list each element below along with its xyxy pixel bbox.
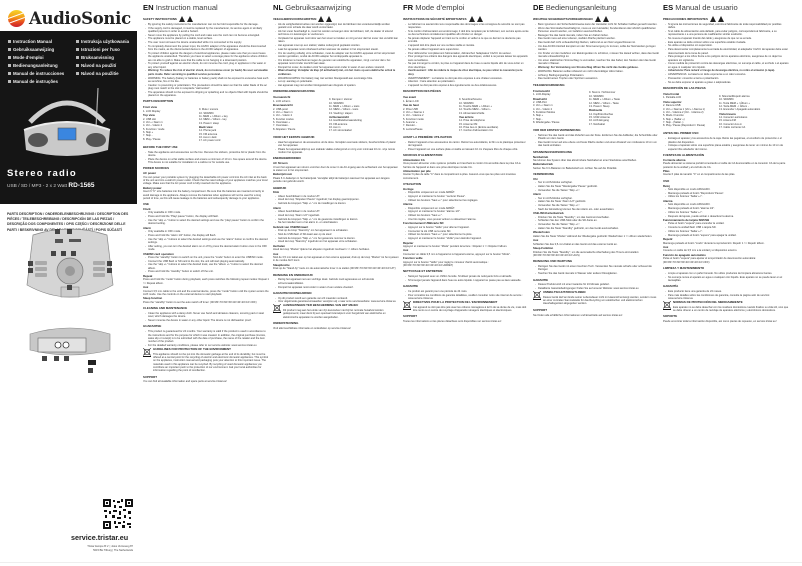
language-label: Gebruiksaanwijzing (13, 47, 54, 52)
support-text: Puede encontrar toda la información disp… (663, 320, 789, 323)
bullet-icon (76, 72, 79, 75)
warning-triangle-icon (187, 16, 193, 22)
back-view-list: 14. Kopfhörerbuchse15. UKW-Antenne16. AU… (589, 113, 649, 126)
warning-triangle-icon (318, 16, 324, 22)
brand-name: AudioSonic (29, 9, 131, 28)
list-item: Le fabricant ne saurait être tenu respon… (406, 23, 529, 30)
environment-section: GUIDELINES FOR PROTECTION OF THE ENVIRON… (143, 348, 269, 373)
list-item: Nehmen Sie das Gerät und das Zubehör aus… (536, 134, 659, 141)
qr-code[interactable] (103, 499, 133, 529)
support-heading: ONDERSTEUNING (273, 322, 399, 325)
environment-text: Este aparato no se debe desechar con los… (673, 306, 789, 313)
list-item: Extraiga el aparato y los accesorios de … (666, 137, 789, 144)
list-item: No sumerja nunca el aparato en agua o cu… (666, 276, 789, 283)
part-item: 8. Play / Pause (Reproducir / Pausa) (663, 124, 719, 127)
language-item: Návod na použitie (76, 71, 142, 76)
list-item: Houd de knop "Stand-by" ingedrukt om het… (276, 240, 399, 243)
repeat-text: Halten Sie die Taste "Modus" während der… (533, 235, 659, 238)
safety-list: Si ignora las instrucciones de seguridad… (663, 23, 789, 84)
ac-power-text: Puede alimentar su sistema portátil cone… (663, 162, 789, 169)
repeat-text: Houd de knop "Modus" tijdens het afspele… (273, 248, 399, 251)
column-title: ES Manual de usuario (663, 3, 789, 13)
list-item: Haal het apparaat en de accessoires uit … (276, 141, 399, 148)
support-text: You can find all available information a… (143, 380, 269, 383)
address-line: 5015 BH Tilburg | The Netherlands (70, 549, 133, 553)
service-url[interactable]: service.tristar.eu (71, 533, 128, 542)
environment-heading: DIRECTIVES POUR LA PROTECTION DE L'ENVIR… (413, 301, 529, 304)
bullet-icon (8, 48, 11, 51)
support-text: Toutes les informations et les pièces dé… (403, 320, 529, 323)
top-view-list-2: 9. Mute / snooze10. SD/MMC11. MEM + / Al… (199, 108, 259, 125)
list-item: Warning: To reduce the risk of electric … (146, 69, 269, 76)
crossed-bin-icon (403, 301, 411, 310)
warning-triangle-icon (477, 16, 483, 22)
environment-heading: UMWELTSCHUTZRICHTLINIEN (543, 291, 659, 294)
list-item: Para desconectar completamente la entrad… (666, 48, 789, 55)
list-item: Después del ajuste, puede activar o desa… (666, 215, 789, 218)
power-sources-heading: ENERGIEBRONNEN (273, 157, 399, 160)
cleaning-heading: CLEANING AND MAINTENANCE (143, 307, 269, 310)
part-item: 8. Wiedergabe / Pause (533, 121, 589, 124)
language-label: Istruzioni per l'uso (81, 47, 120, 52)
bullet-icon (8, 40, 11, 43)
guarantee-heading: GUARANTEE (143, 325, 269, 328)
page-bottom-divider (0, 562, 802, 563)
language-item: Manual de instrucciones (8, 71, 74, 76)
top-view-list-2: 9. Stumm / Schlummer10. SD/MMC11. MEM + … (589, 91, 649, 108)
aux-text: Sluit de 3,5 mm kabel aan op het apparaa… (273, 256, 399, 263)
list-item: Press and hold the "standby" button to s… (146, 270, 269, 273)
support-heading: SUPPORT (533, 309, 659, 312)
bullet-icon (76, 64, 79, 67)
top-view-list-2: 9. Silenciar/Repetir alarma10. SD/MMC11.… (719, 95, 779, 112)
list-item: For the detailed warranty conditions, pl… (146, 344, 269, 347)
language-label: Návod na použitie (81, 71, 119, 76)
parts-grid: Front view 1. LCD Display Top view 2. US… (143, 105, 269, 143)
list-item: N'immergez jamais l'appareil dans l'eau … (406, 279, 529, 282)
environment-section: DIRECTIVES POUR LA PROTECTION DE L'ENVIR… (403, 301, 529, 313)
environment-text: Cet appareil ne doit pas être jeté avec … (413, 306, 529, 313)
guarantee-heading: GARANTÍA (663, 285, 789, 288)
language-label: Instrukcja użytkowania (81, 39, 129, 44)
list-item: Caution: to preventing or polarization. … (146, 84, 269, 91)
crossed-bin-icon (143, 348, 151, 357)
part-item: 17. Cable corriente CA (719, 126, 779, 129)
language-code: DE (533, 3, 544, 12)
top-view-list: 2. Prise USB3. Vol + / Alarme 14. Vol - … (403, 108, 459, 131)
usb-sd-list: Pulse el botón "espera" para encender la… (663, 222, 789, 237)
list-item: Utilice los botones "Saltar +/-". (666, 195, 789, 198)
alarm-list: Nur im AUS-Modus verfügbar.Halten Sie di… (533, 197, 659, 212)
use-heading: UTILISATION (403, 183, 529, 186)
usb-sd-list: Appuyez sur le bouton "Veille" pour allu… (403, 226, 529, 241)
list-item: Use the "skip +/-" button to select the … (146, 219, 269, 226)
language-code: EN (143, 3, 154, 12)
list-item: Para más detalles sobre las condiciones … (666, 294, 789, 301)
environment-text: This appliance should not be put into th… (153, 353, 269, 373)
cleaning-heading: LIMPIEZA Y MANTENIMIENTO (663, 267, 789, 270)
safety-heading: SAFETY INSTRUCTIONS (143, 18, 177, 21)
column-fr: FR Mode d'emploi INSTRUCTIONS DE SÉCURIT… (403, 3, 529, 324)
list-item: Das Gerät keinen Tropfen oder Spritzern … (536, 77, 659, 80)
list-item: Ne jamais déplacer l'appareil en tirant … (406, 37, 529, 44)
sleep-text: Pulse el botón "espera" para ajustar el … (663, 257, 789, 264)
safety-list: Le fabricant ne saurait être tenu respon… (403, 23, 529, 87)
language-code: ES (663, 3, 673, 12)
environment-section: NORMAS DE PROTECCIÓN DEL MEDIOAMBIENTE E… (663, 301, 789, 313)
product-subtitle: USB / SD / MP3 - 2 x 2 Watt RD-1565 (7, 182, 94, 189)
list-item: This product is guaranteed for 24 months… (146, 330, 269, 343)
column-es: ES Manual de usuario PRECAUCIONES IMPORT… (663, 3, 789, 324)
product-title: Stereo radio (7, 168, 77, 179)
list-item: Waarschuwing: Verwijder de klep (of acht… (276, 69, 399, 76)
radio-back-view-diagram (28, 326, 112, 376)
environment-heading: AANWIJZINGEN TER BESCHERMING VAN HET MIL… (283, 304, 399, 307)
list-item: Als de veiligheidsinstructies niet worde… (276, 23, 399, 30)
clock-list: Only available in OFF mode.Press and hol… (143, 211, 269, 225)
manual-title: Manual de usuario (675, 3, 737, 12)
before-first-use-list: Haal het apparaat en de accessoires uit … (273, 141, 399, 155)
parts-grid: Vista frontal 1. Pantalla LCD Vista supe… (663, 92, 789, 130)
list-item: Wenn das Stromkabel beschädigt ist, muss… (536, 27, 659, 34)
bullet-icon (8, 64, 11, 67)
cleaning-list: Limpie el aparato con un paño húmedo. No… (663, 272, 789, 282)
list-item: The apparatus should not be exposed to d… (146, 91, 269, 98)
before-first-use-list: Take the appliance and accessories out t… (143, 151, 269, 165)
list-item: L'appareil ne doit pas être exposé à des… (406, 84, 529, 87)
list-item: Um das AC/DC-Netzteil komplett von der S… (536, 45, 659, 52)
list-item: Place the device on a flat stable surfac… (146, 158, 269, 165)
top-view-list-2: 9. Dempen / sluimer10. SD/MMC11. MEM + /… (329, 98, 389, 115)
guarantee-heading: GARANTIE (533, 279, 659, 282)
part-item: 17. Netzkabel (589, 123, 649, 126)
language-label: Bedienungsanleitung (13, 63, 58, 68)
safety-heading: INSTRUCTIONS DE SÉCURITÉ IMPORTANTES (403, 18, 467, 21)
list-item: Pour protéger les enfants des dangers de… (406, 55, 529, 62)
audiosonic-logo-icon (8, 10, 25, 27)
clock-list: Nur im AUS-Modus verfügbar.Halten Sie di… (533, 181, 659, 192)
bullet-icon (8, 80, 11, 83)
battery-power-text: Plaats 6 C-batterijen in het batterijvak… (273, 177, 399, 184)
crossed-bin-icon (663, 301, 671, 310)
list-item: Para proteger a los niños frente a los p… (666, 55, 789, 62)
list-item: Utilisez les boutons "Saut +/-" pour sél… (406, 199, 529, 202)
guarantee-heading: GARANTIEVOORWAARDEN (273, 292, 399, 295)
safety-heading: PRECAUCIONES IMPORTANTES (663, 18, 708, 21)
guarantee-list: Ce produit est garanti pour une période … (403, 290, 529, 300)
manual-title: Instruction manual (156, 3, 218, 12)
clock-list: Alleen beschikbaar in de modus UIT.Houd … (273, 195, 399, 206)
battery-power-text: Inserte 6 pilas de tamaño "C" en el comp… (663, 173, 789, 176)
support-heading: SUPPORT (403, 315, 529, 318)
repeat-text: Appuyez et maintenez le bouton "Mode" pe… (403, 245, 529, 248)
environment-text: Dieses Gerät darf am Ende seiner Lebensd… (543, 296, 659, 306)
power-sources-heading: SPANNUNGSVERSORGUNG (533, 151, 659, 154)
list-item: Reinigen Sie das Gerät mit einem feuchte… (536, 265, 659, 272)
list-item: Het apparaat mag niet worden blootgestel… (276, 84, 399, 87)
list-item: Poser l'appareil sur une surface plate e… (406, 148, 529, 151)
part-item: 8. Afspelen / Pauze (273, 128, 329, 131)
language-item: Instruction Manual (8, 39, 74, 44)
language-item: Manual de instruções (8, 79, 74, 84)
environment-heading: NORMAS DE PROTECCIÓN DEL MEDIOAMBIENTE (673, 301, 789, 304)
list-item: Plaats het apparaat altijd op een stabie… (276, 148, 399, 155)
list-item: Mantenga pulsado el botón "espera" para … (666, 234, 789, 237)
bullet-icon (8, 72, 11, 75)
top-view-list: 2. USB-Port3. Vol + / Alarm 14. Vol - / … (533, 101, 589, 124)
top-view-list: 2. USB-poort3. Vol + / Alarm 14. Vol - /… (273, 108, 329, 131)
guarantee-heading: GARANTIE (403, 285, 529, 288)
part-item: 17. Cordon d'alimentation CA (459, 129, 519, 132)
language-item: Bruksanvisning (76, 55, 142, 60)
list-item: Appuyez et maintenez le bouton "Veille" … (406, 237, 529, 240)
list-item: Si le cordon d'alimentation est endommag… (406, 30, 529, 37)
list-item: Na het instellen kunt u het alarm in- en… (276, 221, 399, 224)
manual-title: Mode d'emploi (415, 3, 464, 12)
language-code: NL (273, 3, 283, 12)
language-label: Návod na použití (81, 63, 116, 68)
support-text: Sie finden alle erhältlichen Information… (533, 314, 659, 317)
column-title: EN Instruction manual (143, 3, 269, 13)
parts-heading: DESCRIPTION DES PIÈCES (403, 90, 529, 93)
power-sources-heading: FUENTES DE ALIMENTACIÓN (663, 154, 789, 157)
safety-heading: VEILIGHEIDSVOORSCHRIFTEN (273, 18, 316, 21)
guarantee-list: This product is guaranteed for 24 months… (143, 330, 269, 347)
language-label: Instruction Manual (13, 39, 52, 44)
environment-text: Dit product mag aan het einde van zijn l… (283, 309, 399, 319)
parts-grid: Vooraanzicht 1. LCD scherm Bovenaanzicht… (273, 95, 399, 133)
warning-triangle-icon (718, 16, 724, 22)
before-first-use-list: Nehmen Sie das Gerät und das Zubehör aus… (533, 134, 659, 148)
column-title: DE Bedienungsanleitung (533, 3, 659, 13)
list-item: Verwenden Sie die Tasten "Skip +/-". (536, 189, 659, 192)
language-list: Instruction ManualInstrukcja użytkowania… (8, 39, 142, 84)
language-label: Bruksanvisning (81, 55, 114, 60)
part-item: 17. AC stroomkabel (329, 129, 389, 132)
cleaning-heading: REINIGUNG UND WARTUNG (533, 260, 659, 263)
support-heading: SOPORTE (663, 315, 789, 318)
guarantee-list: Op dit product wordt een garantie van 24… (273, 297, 399, 304)
list-item: Clean the appliance with a damp cloth. N… (146, 312, 269, 319)
column-title: NL Gebruiksaanwijzing (273, 3, 399, 13)
warning-triangle-icon (179, 16, 185, 22)
before-first-use-heading: AVANT LA PREMIÈRE UTILISATION (403, 136, 529, 139)
usb-sd-list: Druk op de knop "Stand-by" om het appara… (273, 229, 399, 244)
company-address: Tristar Europe B.V. | Jules Verneweg 87 … (70, 545, 133, 552)
alarm-list: Alleen beschikbaar in de modus UIT.Houd … (273, 210, 399, 225)
ac-power-text: Vous pouvez alimenter votre système port… (403, 162, 529, 169)
alarm-list: Only available in OFF mode.Press and hol… (143, 230, 269, 251)
list-item: Gebruik de knoppen "Skip +/-" om de inst… (276, 202, 399, 205)
bullet-icon (76, 40, 79, 43)
aux-text: Connect 3,5 mm cable to the unit and the… (143, 290, 269, 297)
bullet-icon (76, 48, 79, 51)
list-item: Verplaats het apparaat nooit door aan he… (276, 37, 399, 44)
list-item: Avertissement : Afin de réduire le risqu… (406, 69, 529, 76)
column-de: DE Bedienungsanleitung WICHTIGE SICHERHE… (533, 3, 659, 317)
list-item: Use the "skip +/-" buttons to select the… (146, 238, 269, 245)
sleep-text: Drücken Sie die Taste "Standby", um die … (533, 251, 659, 258)
environment-section: AANWIJZINGEN TER BESCHERMING VAN HET MIL… (273, 304, 399, 319)
guarantee-list: Este producto tiene una garantía de 24 m… (663, 290, 789, 300)
list-item: Une fois réglée, vous pouvez activer ou … (406, 218, 529, 221)
crossed-bin-icon (273, 304, 281, 313)
bullet-icon (76, 56, 79, 59)
list-item: Coloque el aparato sobre una superficie … (666, 144, 789, 151)
parts-heading: PARTS DESCRIPTION (143, 100, 269, 103)
radio-product-image (20, 88, 114, 160)
warning-triangle-icon (710, 16, 716, 22)
warning-triangle-icon (326, 16, 332, 22)
list-item: Detaillierte Garantiebedingungen finden … (536, 287, 659, 290)
power-sources-heading: SOURCES D'ALIMENTATION (403, 154, 529, 157)
use-heading: USO (663, 180, 789, 183)
back-view-list: 14. Conector auriculares15. Antena FM16.… (719, 116, 779, 129)
safety-list: Beim Ignorieren der Sicherheitshinweise … (533, 23, 659, 81)
part-item: 1. LCD-Display (533, 93, 589, 96)
list-item: Voor uitgebreide garantievoorwaarden ver… (276, 300, 399, 303)
language-label: Mode d'emploi (13, 55, 44, 60)
language-label: Manual de instruções (13, 79, 58, 84)
usb-sd-list: Drücken Sie die Taste "Standby", um das … (533, 216, 659, 231)
cleaning-heading: NETTOYAGE ET ENTRETIEN (403, 270, 529, 273)
environment-heading: GUIDELINES FOR PROTECTION OF THE ENVIRON… (153, 348, 269, 351)
language-item: Návod na použití (76, 63, 142, 68)
list-item: Use the "skip +/-" buttons to select the… (146, 263, 269, 270)
list-item: Um Kinder vor den Gefahren von Elektroge… (536, 52, 659, 59)
sleep-text: Appuyez sur le bouton "Veille" pour régl… (403, 261, 529, 268)
battery-power-text: Insérez 6 piles de taille "C" dans le co… (403, 173, 529, 180)
list-item: Om kinderen te beschermen tegen de gevar… (276, 59, 399, 66)
top-view-list: 2. USB slot3. Vol + / Alarm 14. Vol - / … (143, 118, 199, 141)
safety-list: By ignoring the safety instructions the … (143, 23, 269, 98)
before-first-use-list: Retirer l'appareil et les accessoires du… (403, 141, 529, 151)
list-item: Um einen elektrischen Stromschlag zu ver… (536, 59, 659, 66)
back-view-list: 14. Prise de téléphone15. Antenne FM16. … (459, 119, 519, 132)
safety-heading: WICHTIGE SICHERHEITSVORKEHRUNGEN (533, 18, 593, 21)
clock-list: Solo disponible en modo APAGADO.Mantenga… (663, 188, 789, 199)
alarm-list: Solo disponible en modo APAGADO.Mantenga… (663, 203, 789, 218)
cleaning-list: Reinigen Sie das Gerät mit einem feuchte… (533, 265, 659, 275)
warning-triangle-icon (469, 16, 475, 22)
warning-triangle-icon (603, 16, 609, 22)
back-view-list: 14. Phone jack15. FM antenna16. Aux-in J… (199, 129, 259, 142)
battery-power-text: Insert 6 "C" size batteries into the bat… (143, 190, 269, 200)
sleep-text: Press the "standby" button to set the au… (143, 301, 269, 304)
language-item: Gebruiksaanwijzing (8, 47, 74, 52)
column-nl: NL Gebruiksaanwijzing VEILIGHEIDSVOORSCH… (273, 3, 399, 330)
cleaning-heading: REINIGING EN ONDERHOUD (273, 274, 399, 277)
language-code: FR (403, 3, 413, 12)
list-item: Tauchen Sie das Gerät niemals in Wasser … (536, 272, 659, 275)
list-item: Retirer l'appareil et les accessoires du… (406, 141, 529, 148)
bullet-icon (8, 56, 11, 59)
part-item: 17. AC power cord (199, 139, 259, 142)
product-spec: USB / SD / MP3 - 2 x 2 Watt (7, 184, 67, 189)
front-view-list: 1. LCD-Display (533, 93, 589, 96)
list-item: Reinig het apparaat met een vochtige doe… (276, 278, 399, 285)
ac-power-text: U kunt het apparaat van stroom voorzien … (273, 166, 399, 173)
part-item: 8. Lecture/Pause (403, 128, 459, 131)
before-first-use-heading: VOR DER ERSTEN VERWENDUNG (533, 129, 659, 132)
language-label: Manual de instrucciones (13, 71, 64, 76)
before-first-use-list: Extraiga el aparato y los accesorios de … (663, 137, 789, 151)
language-item: Istruzioni per l'uso (76, 47, 142, 52)
top-view-list-2: 9. Sourdine/Snooze10. SD/MMC11. Touche M… (459, 98, 519, 115)
brand-logo: AudioSonic (8, 4, 131, 32)
cleaning-list: Nettoyez l'appareil avec un chiffon humi… (403, 275, 529, 282)
list-item: Never immerse the device in water or any… (146, 319, 269, 322)
language-item: Mode d'emploi (8, 55, 74, 60)
cleaning-list: Clean the appliance with a damp cloth. N… (143, 312, 269, 322)
parts-heading: ONDERDELENBESCHRIJVING (273, 90, 399, 93)
list-item: Dompel het apparaat nooit onder in water… (276, 286, 399, 289)
list-item: Om de voeding volledig uit te schakelen,… (276, 52, 399, 59)
warning-triangle-icon (595, 16, 601, 22)
list-item: Si ignora las instrucciones de seguridad… (666, 23, 789, 30)
environment-section: UMWELTSCHUTZRICHTLINIEN Dieses Gerät dar… (533, 291, 659, 306)
parts-grid: Frontansicht 1. LCD-Display Draufsicht 2… (533, 88, 659, 126)
manual-title: Bedienungsanleitung (546, 3, 617, 12)
parts-heading: DESCRIPCIÓN DE LAS PIEZAS (663, 87, 789, 90)
part-item: 8. Play / Pause (143, 138, 199, 141)
language-item: Bedienungsanleitung (8, 63, 74, 68)
top-view-list: 2. Ranura USB3. Vol + / Alarma 1 (Vol + … (663, 104, 719, 127)
parts-heading: TEILEBESCHREIBUNG (533, 84, 659, 87)
use-heading: GEBRUIK (273, 187, 399, 190)
crossed-bin-icon (533, 291, 541, 300)
before-first-use-heading: BEFORE THE FIRST USE (143, 146, 269, 149)
list-item: To protect children against the dangers … (146, 52, 269, 62)
radio-top-view-diagram (25, 225, 115, 305)
list-item: If the supply cord is damaged, it must b… (146, 27, 269, 34)
repeat-text: Press and hold the "mode" button during … (143, 278, 269, 285)
list-item: Das Gerät immer auf eine ebene und feste… (536, 141, 659, 148)
cleaning-list: Reinig het apparaat met een vochtige doe… (273, 278, 399, 288)
list-item: Take the appliance and accessories out t… (146, 151, 269, 158)
column-title: FR Mode d'emploi (403, 3, 529, 13)
list-item: Si el cable de alimentación está dañado,… (666, 30, 789, 37)
list-item: Nach der Einstellung können Sie den Alar… (536, 208, 659, 211)
manual-title: Gebruiksaanwijzing (285, 3, 351, 12)
clock-list: Disponible uniquement en mode ARRÊT.Appu… (403, 191, 529, 202)
list-item: WARNING: The battery (battery or batteri… (146, 77, 269, 84)
safety-list: Als de veiligheidsinstructies niet worde… (273, 23, 399, 87)
alarm-list: Disponible uniquement en mode ARRÊT.Appu… (403, 207, 529, 222)
language-item: Instrukcja użytkowania (76, 39, 142, 44)
sleep-text: Druk op de "Stand-by" toets om de automa… (273, 267, 399, 270)
column-en: EN Instruction manual SAFETY INSTRUCTION… (143, 3, 269, 384)
ac-power-text: You can power your portable system by pl… (143, 176, 269, 186)
list-item: Halten Sie die Taste "Standby" gedrückt,… (536, 227, 659, 230)
power-sources-heading: POWER SOURCES (143, 167, 269, 170)
before-first-use-heading: ANTES DEL PRIMER USO (663, 132, 789, 135)
list-item: No se debe exponer el aparato a goteo o … (666, 81, 789, 84)
before-first-use-heading: VOOR HET EERSTE GEBRUIK (273, 136, 399, 139)
repeat-text: Mantenga pulsado el botón "modo" durante… (663, 242, 789, 245)
model-number: RD-1565 (68, 182, 94, 189)
usb-sd-list: Press the "standby" button to switch on … (143, 256, 269, 274)
back-view-list: 14. Hoofdtelefoonaansluiting15. FM-anten… (329, 119, 389, 132)
list-item: Pour connaître les conditions de garanti… (406, 294, 529, 301)
list-item: Als het snoer beschadigd is, moet het wo… (276, 30, 399, 37)
use-heading: USE (143, 203, 269, 206)
list-item: After setting, you can turn the desired … (146, 245, 269, 252)
parts-grid: Vue avant 1. Écran LCD Vue de haut 2. Pr… (403, 95, 529, 133)
guarantee-list: Dieses Produkt wird mit einer Garantie f… (533, 283, 659, 290)
list-item: To completely disconnect the power input… (146, 45, 269, 52)
support-heading: SUPPORT (143, 376, 269, 379)
